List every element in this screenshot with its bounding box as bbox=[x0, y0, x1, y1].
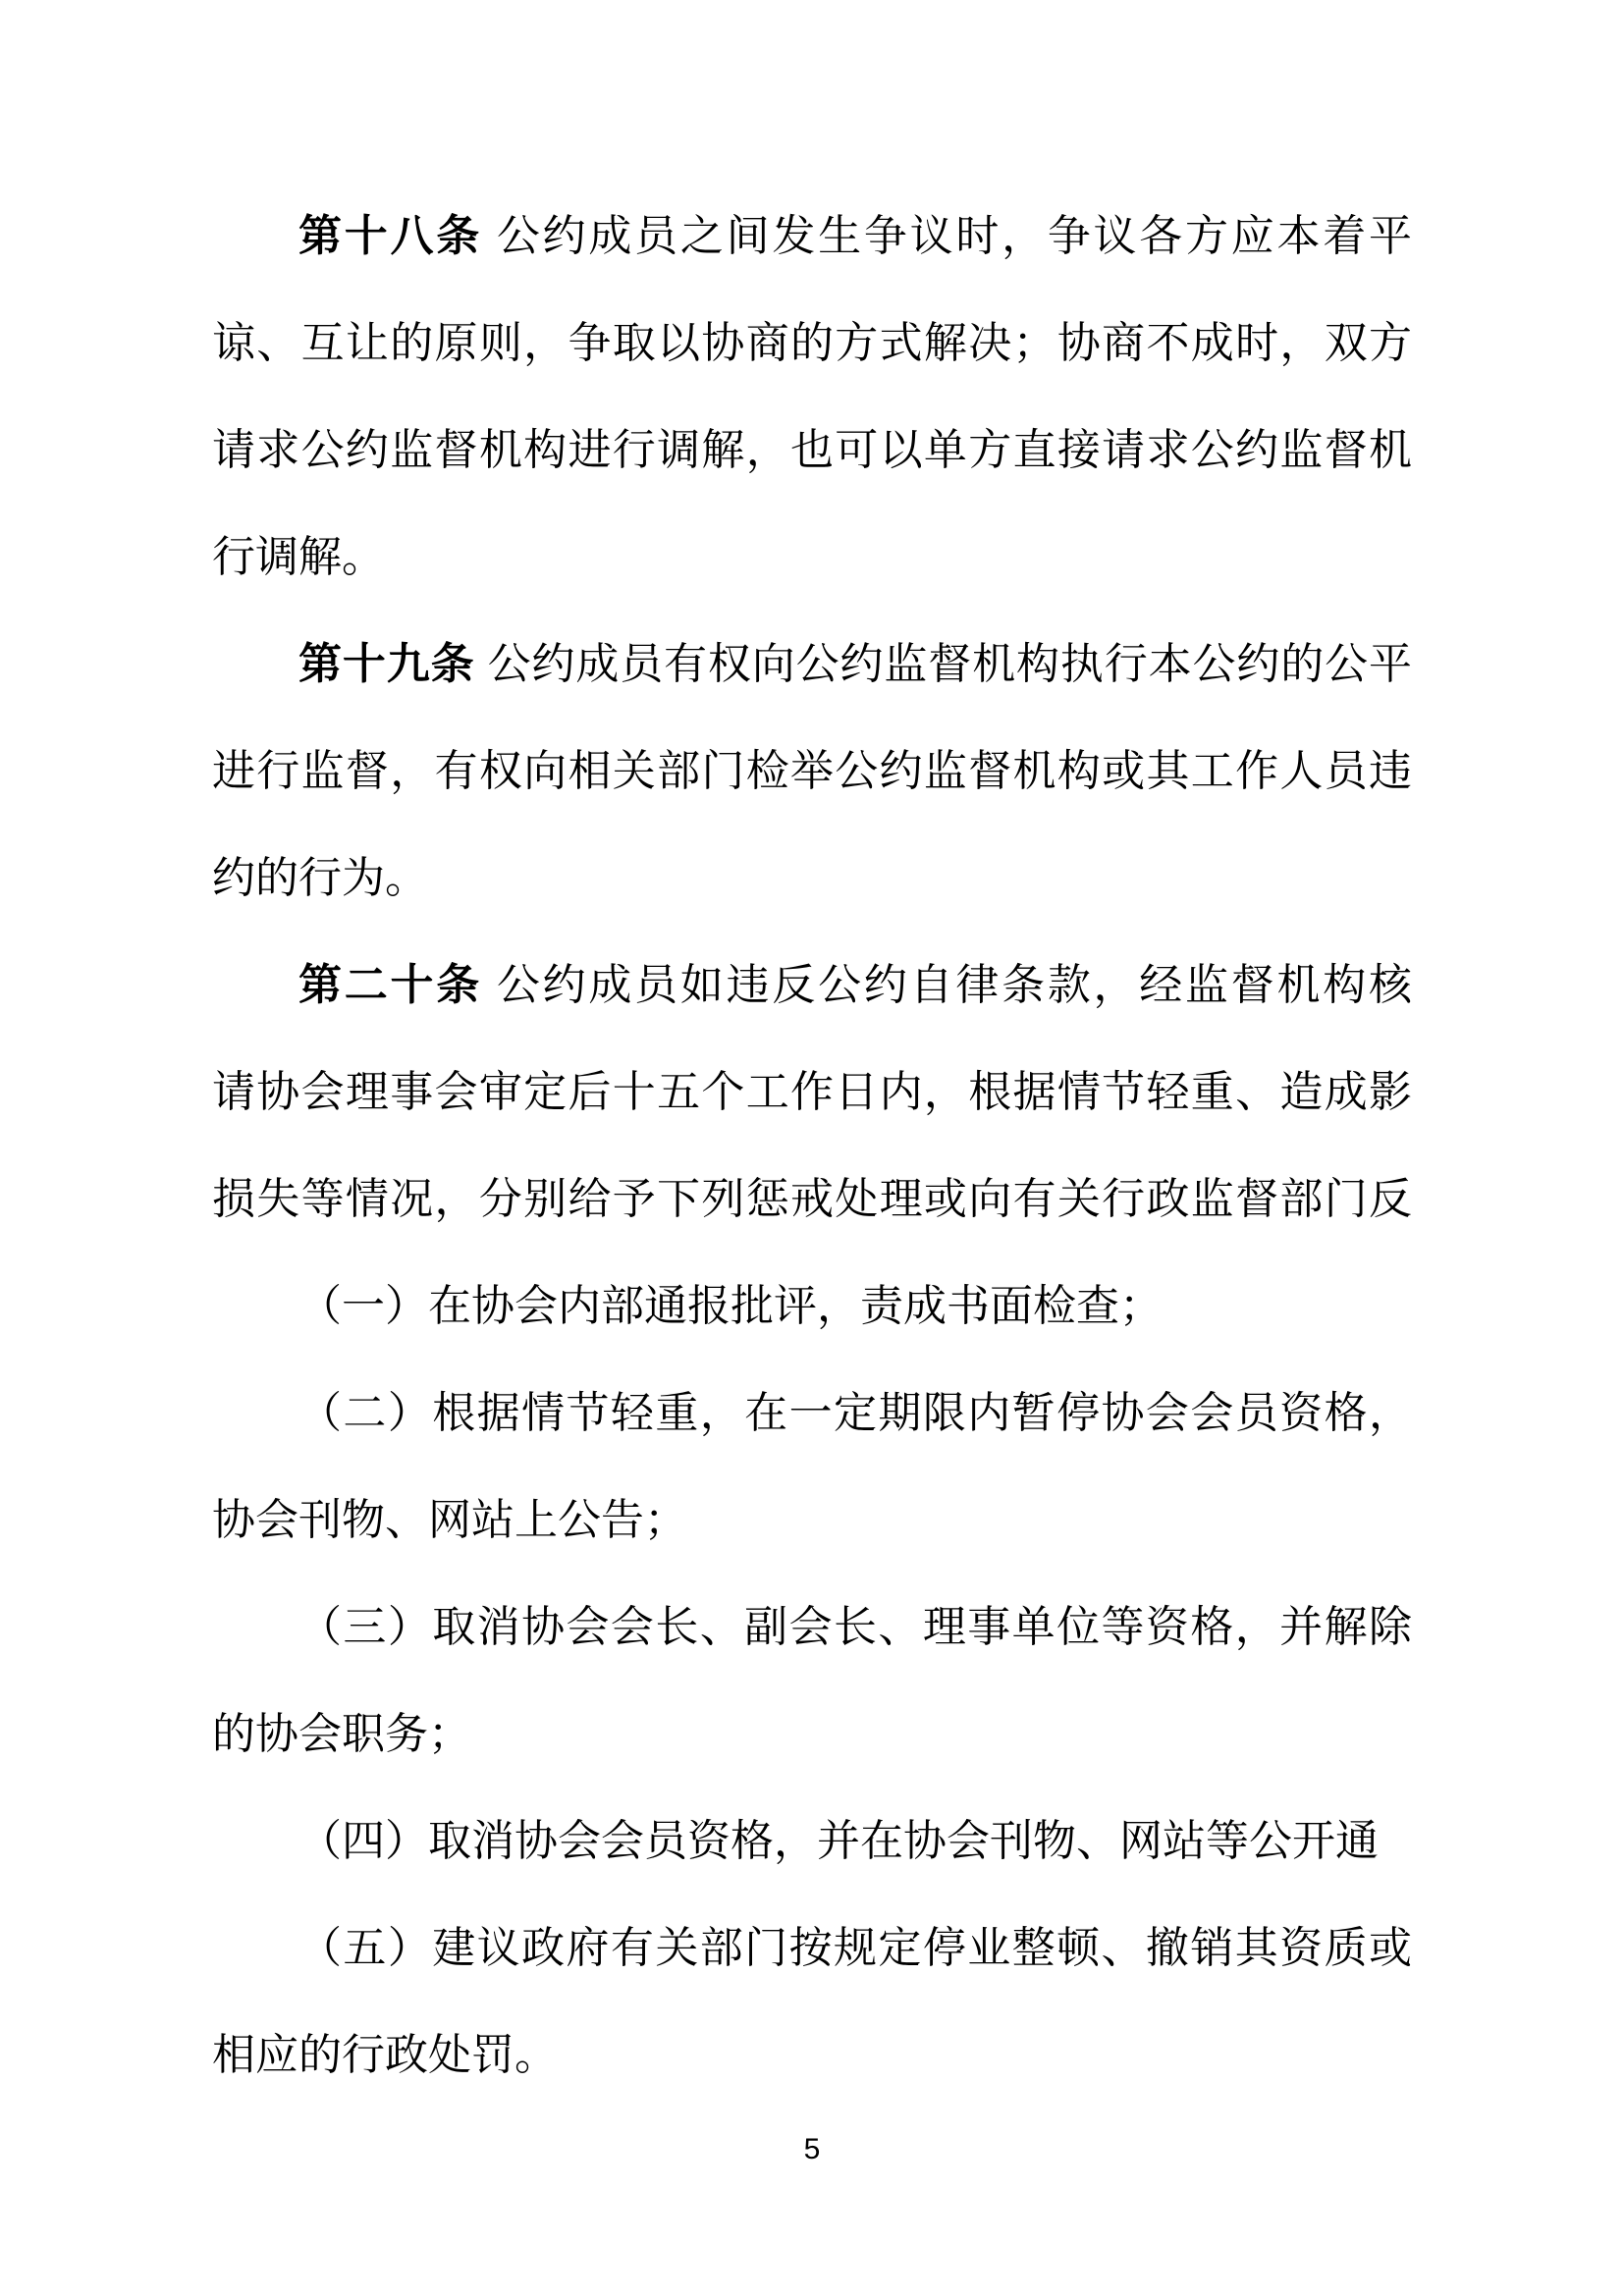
page-number: 5 bbox=[0, 2132, 1624, 2167]
text-line: 第十八条 公约成员之间发生争议时，争议各方应本着平等、互 bbox=[212, 183, 1412, 290]
text-line: 请求公约监督机构进行调解，也可以单方直接请求公约监督机构进 bbox=[212, 397, 1412, 504]
text-segment: 请协会理事会审定后十五个工作日内，根据情节轻重、造成影响和 bbox=[212, 1068, 1412, 1146]
text-line: 相应的行政处罚。 bbox=[212, 2002, 1412, 2109]
text-segment: （二）根据情节轻重，在一定期限内暂停协会会员资格，并在 bbox=[212, 1389, 1412, 1467]
text-line: 的协会职务； bbox=[212, 1681, 1412, 1788]
text-line: （五）建议政府有关部门按规定停业整顿、撤销其资质或给予 bbox=[212, 1895, 1412, 2002]
text-line: （四）取消协会会员资格，并在协会刊物、网站等公开通报； bbox=[212, 1788, 1412, 1895]
text-segment: 约的行为。 bbox=[212, 854, 428, 902]
text-segment: 协会刊物、网站上公告； bbox=[212, 1496, 687, 1544]
text-segment: （一）在协会内部通报批评，责成书面检查； bbox=[298, 1282, 1163, 1330]
document-body: 第十八条 公约成员之间发生争议时，争议各方应本着平等、互谅、互让的原则，争取以协… bbox=[212, 183, 1412, 2109]
text-line: 第二十条 公约成员如违反公约自律条款，经监督机构核实，提 bbox=[212, 932, 1412, 1039]
text-line: 请协会理事会审定后十五个工作日内，根据情节轻重、造成影响和 bbox=[212, 1039, 1412, 1146]
text-segment: 谅、互让的原则，争取以协商的方式解决；协商不成时，双方可以 bbox=[212, 319, 1412, 397]
text-line: 第十九条 公约成员有权向公约监督机构执行本公约的公平性 bbox=[212, 611, 1412, 718]
text-segment: 请求公约监督机构进行调解，也可以单方直接请求公约监督机构进 bbox=[212, 426, 1412, 504]
text-segment: （四）取消协会会员资格，并在协会刊物、网站等公开通报； bbox=[212, 1817, 1379, 1895]
text-line: （三）取消协会会长、副会长、理事单位等资格，并解除相应 bbox=[212, 1574, 1412, 1681]
text-segment: 损失等情况，分别给予下列惩戒处理或向有关行政监督部门反映： bbox=[212, 1175, 1412, 1253]
text-line: （二）根据情节轻重，在一定期限内暂停协会会员资格，并在 bbox=[212, 1360, 1412, 1467]
text-line: （一）在协会内部通报批评，责成书面检查； bbox=[212, 1253, 1412, 1360]
article-heading: 第二十条 bbox=[298, 961, 482, 1009]
text-segment: （三）取消协会会长、副会长、理事单位等资格，并解除相应 bbox=[212, 1603, 1412, 1681]
article-heading: 第十八条 bbox=[298, 212, 482, 260]
text-line: 约的行为。 bbox=[212, 825, 1412, 932]
document-page: 第十八条 公约成员之间发生争议时，争议各方应本着平等、互谅、互让的原则，争取以协… bbox=[0, 0, 1624, 2296]
text-segment: 行调解。 bbox=[212, 533, 385, 581]
text-line: 行调解。 bbox=[212, 504, 1412, 611]
text-line: 损失等情况，分别给予下列惩戒处理或向有关行政监督部门反映： bbox=[212, 1146, 1412, 1253]
text-segment: 进行监督，有权向相关部门检举公约监督机构或其工作人员违反公 bbox=[212, 747, 1412, 825]
text-segment: （五）建议政府有关部门按规定停业整顿、撤销其资质或给予 bbox=[212, 1924, 1412, 2002]
text-line: 谅、互让的原则，争取以协商的方式解决；协商不成时，双方可以 bbox=[212, 290, 1412, 397]
text-line: 进行监督，有权向相关部门检举公约监督机构或其工作人员违反公 bbox=[212, 718, 1412, 825]
text-segment: 的协会职务； bbox=[212, 1710, 471, 1758]
text-line: 协会刊物、网站上公告； bbox=[212, 1467, 1412, 1574]
article-heading: 第十九条 bbox=[298, 640, 474, 688]
text-segment: 相应的行政处罚。 bbox=[212, 2031, 558, 2079]
